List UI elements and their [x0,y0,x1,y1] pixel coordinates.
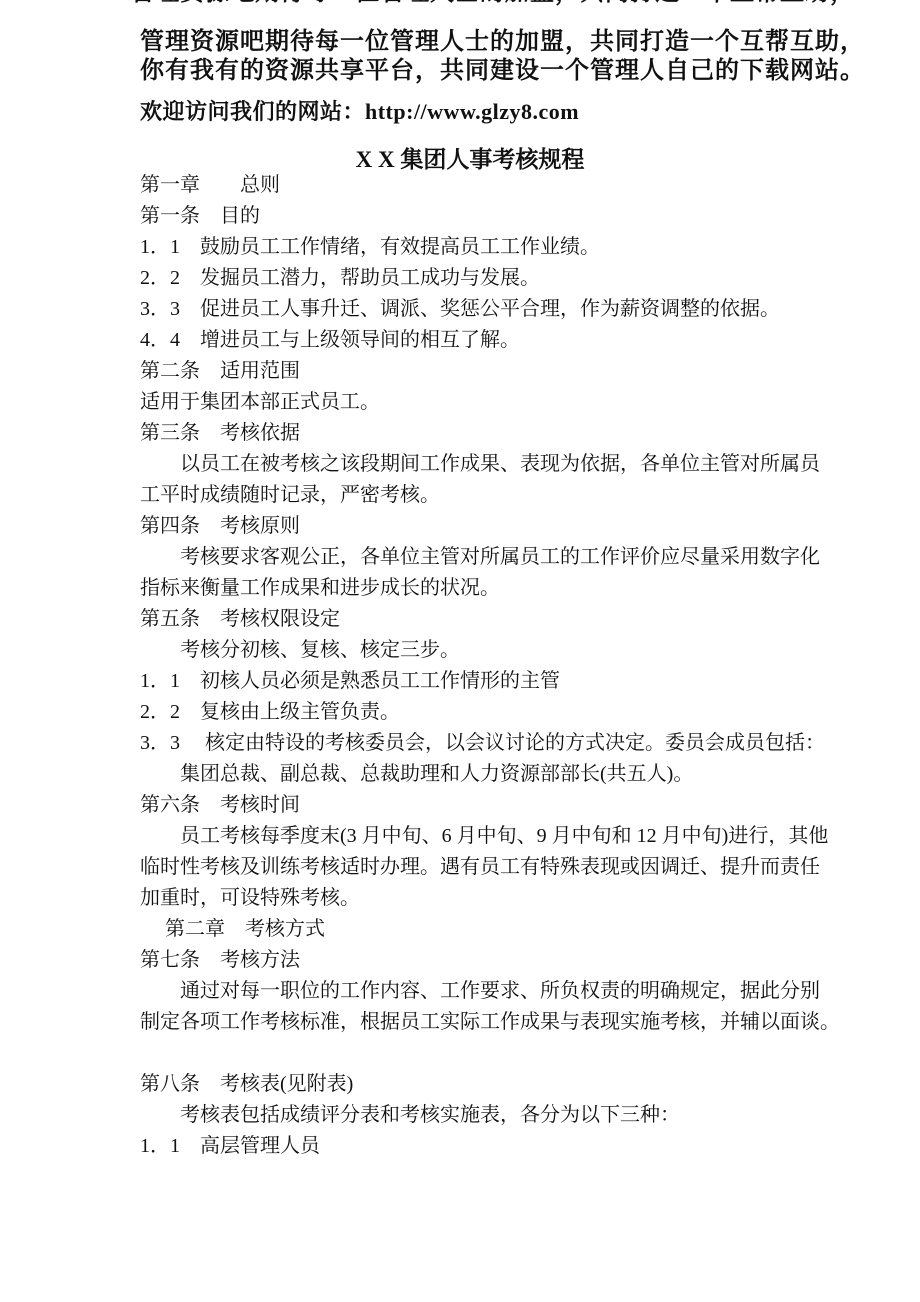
document-line: 2．2 发掘员工潜力，帮助员工成功与发展。 [140,263,830,294]
document-line: 2．2 复核由上级主管负责。 [140,697,830,728]
document-line: 制定各项工作考核标准，根据员工实际工作成果与表现实施考核，并辅以面谈。 [140,1007,830,1038]
document-line: 第一条 目的 [140,201,830,232]
clipped-top-line: 管理资源吧期待每一位管理人士的加盟，共同打造一个互帮互助， [130,0,850,8]
document-line: 通过对每一职位的工作内容、工作要求、所负权责的明确规定，据此分别 [140,976,830,1007]
slogan-line: 管理资源吧期待每一位管理人士的加盟，共同打造一个互帮互助， [140,28,860,57]
document-line: 第三条 考核依据 [140,418,830,449]
document-line: 第一章 总则 [140,170,830,201]
document-line: 考核分初核、复核、核定三步。 [140,635,830,666]
site-slogan: 管理资源吧期待每一位管理人士的加盟，共同打造一个互帮互助，你有我有的资源共享平台… [140,28,860,86]
document-line: 适用于集团本部正式员工。 [140,387,830,418]
document-line: 1．1 高层管理人员 [140,1131,830,1162]
document-body: 第一章 总则第一条 目的1．1 鼓励员工工作情绪，有效提高员工工作业绩。2．2 … [140,170,830,1162]
document-line: 第五条 考核权限设定 [140,604,830,635]
document-line: 第二章 考核方式 [140,914,830,945]
document-line: 考核要求客观公正，各单位主管对所属员工的工作评价应尽量采用数字化 [140,542,830,573]
clipped-top-line-text: 管理资源吧期待每一位管理人士的加盟，共同打造一个互帮互助， [130,0,850,8]
document-line: 第七条 考核方法 [140,945,830,976]
document-line: 员工考核每季度末(3 月中旬、6 月中旬、9 月中旬和 12 月中旬)进行，其他 [140,821,830,852]
document-line: 临时性考核及训练考核适时办理。遇有员工有特殊表现或因调迁、提升而责任 [140,852,830,883]
document-line: 考核表包括成绩评分表和考核实施表，各分为以下三种： [140,1100,830,1131]
document-line: 第四条 考核原则 [140,511,830,542]
document-line: 第八条 考核表(见附表) [140,1069,830,1100]
document-line: 以员工在被考核之该段期间工作成果、表现为依据，各单位主管对所属员 [140,449,830,480]
document-line: 加重时，可设特殊考核。 [140,883,830,914]
document-line: 指标来衡量工作成果和进步成长的状况。 [140,573,830,604]
document-line: 工平时成绩随时记录，严密考核。 [140,480,830,511]
document-line: 第六条 考核时间 [140,790,830,821]
document-line: 1．1 鼓励员工工作情绪，有效提高员工工作业绩。 [140,232,830,263]
slogan-line: 你有我有的资源共享平台，共同建设一个管理人自己的下载网站。 [140,57,860,86]
document-line [140,1038,830,1069]
document-line: 3．3 核定由特设的考核委员会，以会议讨论的方式决定。委员会成员包括： [140,728,830,759]
document-line: 4．4 增进员工与上级领导间的相互了解。 [140,325,830,356]
document-page: 管理资源吧期待每一位管理人士的加盟，共同打造一个互帮互助， 管理资源吧期待每一位… [0,0,920,1302]
document-line: 3．3 促进员工人事升迁、调派、奖惩公平合理，作为薪资调整的依据。 [140,294,830,325]
website-line: 欢迎访问我们的网站：http://www.glzy8.com [140,99,579,125]
document-line: 集团总裁、副总裁、总裁助理和人力资源部部长(共五人)。 [140,759,830,790]
document-line: 第二条 适用范围 [140,356,830,387]
document-line: 1．1 初核人员必须是熟悉员工工作情形的主管 [140,666,830,697]
